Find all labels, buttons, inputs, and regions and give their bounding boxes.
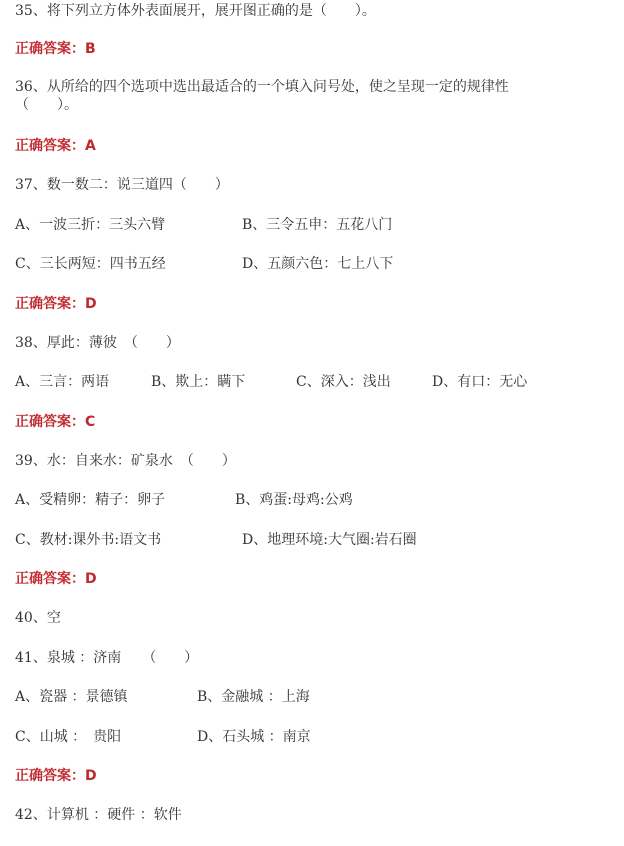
- correct-answer: 正确答案：D: [15, 295, 97, 313]
- question-stem: 40、空: [15, 609, 61, 627]
- correct-answer: 正确答案：D: [15, 767, 97, 785]
- question-stem: 39、水：自来水：矿泉水 （ ）: [15, 452, 236, 470]
- question-stem: 35、将下列立方体外表面展开，展开图正确的是（ ）。: [15, 2, 376, 20]
- question-stem: 42、计算机 ：硬件 ：软件: [15, 806, 182, 824]
- option-c: C、教材:课外书:语文书: [15, 531, 161, 549]
- option-a: A、瓷器 ：景德镇: [15, 688, 128, 706]
- option-a: A、受精卵：精子：卵子: [15, 491, 165, 509]
- option-a: A、一波三折：三头六臂: [15, 216, 165, 234]
- option-b: B、欺上：瞒下: [151, 373, 245, 391]
- option-a: A、三言：两语: [15, 373, 109, 391]
- option-d: D、石头城 ：南京: [197, 728, 311, 746]
- correct-answer: 正确答案：B: [15, 40, 96, 58]
- question-stem: 36、从所给的四个选项中选出最适合的一个填入问号处，使之呈现一定的规律性: [15, 78, 509, 96]
- question-stem: 41、泉城 ：济南 （ ）: [15, 649, 198, 667]
- option-d: D、地理环境:大气圈:岩石圈: [242, 531, 417, 549]
- option-b: B、金融城 ：上海: [197, 688, 310, 706]
- option-c: C、山城 ： 贵阳: [15, 728, 121, 746]
- option-d: D、五颜六色：七上八下: [242, 255, 393, 273]
- option-c: C、深入：浅出: [296, 373, 391, 391]
- question-stem: 38、厚此：薄彼 （ ）: [15, 334, 180, 352]
- correct-answer: 正确答案：A: [15, 137, 96, 155]
- question-stem: 37、数一数二：说三道四（ ）: [15, 176, 229, 194]
- correct-answer: 正确答案：C: [15, 413, 95, 431]
- question-stem-cont: （ ）。: [15, 96, 78, 114]
- correct-answer: 正确答案：D: [15, 570, 97, 588]
- option-c: C、三长两短：四书五经: [15, 255, 166, 273]
- option-b: B、鸡蛋:母鸡:公鸡: [235, 491, 353, 509]
- option-b: B、三令五申：五花八门: [242, 216, 392, 234]
- option-d: D、有口：无心: [432, 373, 527, 391]
